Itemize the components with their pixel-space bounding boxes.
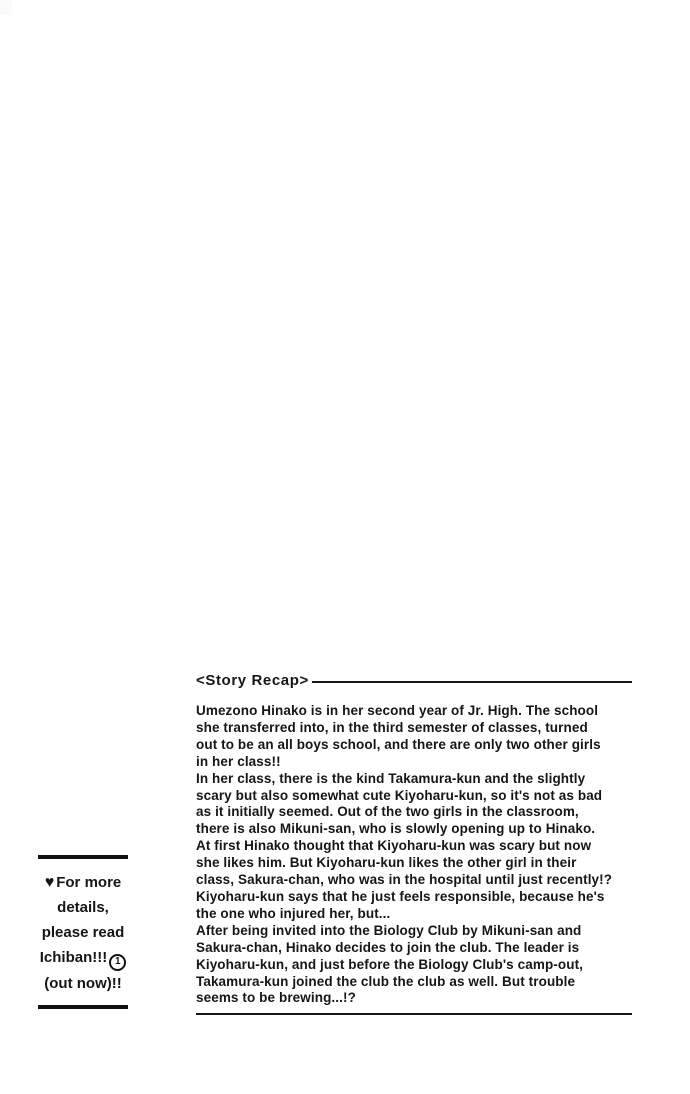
story-recap-title: <Story Recap> [196, 672, 309, 689]
recap-text-line: she likes him. But Kiyoharu-kun likes th… [196, 855, 632, 872]
recap-text-line: she transferred into, in the third semes… [196, 720, 632, 737]
promo-note-text: For more [56, 874, 121, 891]
recap-text-line: seems to be brewing...!? [196, 990, 632, 1007]
promo-note-text: please read [42, 924, 125, 941]
recap-text-line: Takamura-kun joined the club the club as… [196, 974, 632, 991]
story-recap-section: <Story Recap> Umezono Hinako is in her s… [196, 672, 632, 1015]
recap-text-line: Kiyoharu-kun, and just before the Biolog… [196, 957, 632, 974]
promo-note-line: (out now)!! [38, 971, 128, 996]
promo-note-text: (out now)!! [44, 975, 121, 992]
recap-text-line: the one who injured her, but... [196, 906, 632, 923]
promo-note-line: details, [38, 895, 128, 920]
story-recap-header: <Story Recap> [196, 672, 632, 689]
story-recap-body: Umezono Hinako is in her second year of … [196, 703, 632, 1007]
recap-text-line: there is also Mikuni-san, who is slowly … [196, 821, 632, 838]
recap-text-line: Umezono Hinako is in her second year of … [196, 703, 632, 720]
recap-text-line: In her class, there is the kind Takamura… [196, 771, 632, 788]
scan-artifact [0, 0, 12, 15]
promo-note: ♥For more details, please read Ichiban!!… [38, 855, 128, 1009]
recap-text-line: in her class!! [196, 754, 632, 771]
heart-icon: ♥ [45, 874, 55, 891]
recap-text-line: out to be an all boys school, and there … [196, 737, 632, 754]
promo-note-line: Ichiban!!!1 [38, 945, 128, 971]
header-rule-line [312, 681, 632, 683]
recap-text-line: Kiyoharu-kun says that he just feels res… [196, 889, 632, 906]
promo-note-line: ♥For more [38, 870, 128, 895]
recap-text-line: as it initially seemed. Out of the two g… [196, 804, 632, 821]
recap-text-line: At first Hinako thought that Kiyoharu-ku… [196, 838, 632, 855]
promo-note-line: please read [38, 920, 128, 945]
promo-note-text: details, [57, 899, 109, 916]
recap-text-line: After being invited into the Biology Clu… [196, 923, 632, 940]
bottom-rule-line [196, 1013, 632, 1015]
recap-text-line: scary but also somewhat cute Kiyoharu-ku… [196, 788, 632, 805]
volume-1-badge: 1 [109, 954, 126, 971]
recap-text-line: Sakura-chan, Hinako decides to join the … [196, 940, 632, 957]
manga-recap-page: { "page": { "background": "#ffffff", "te… [0, 0, 690, 1094]
promo-note-text: Ichiban!!! [40, 949, 108, 966]
recap-text-line: class, Sakura-chan, who was in the hospi… [196, 872, 632, 889]
